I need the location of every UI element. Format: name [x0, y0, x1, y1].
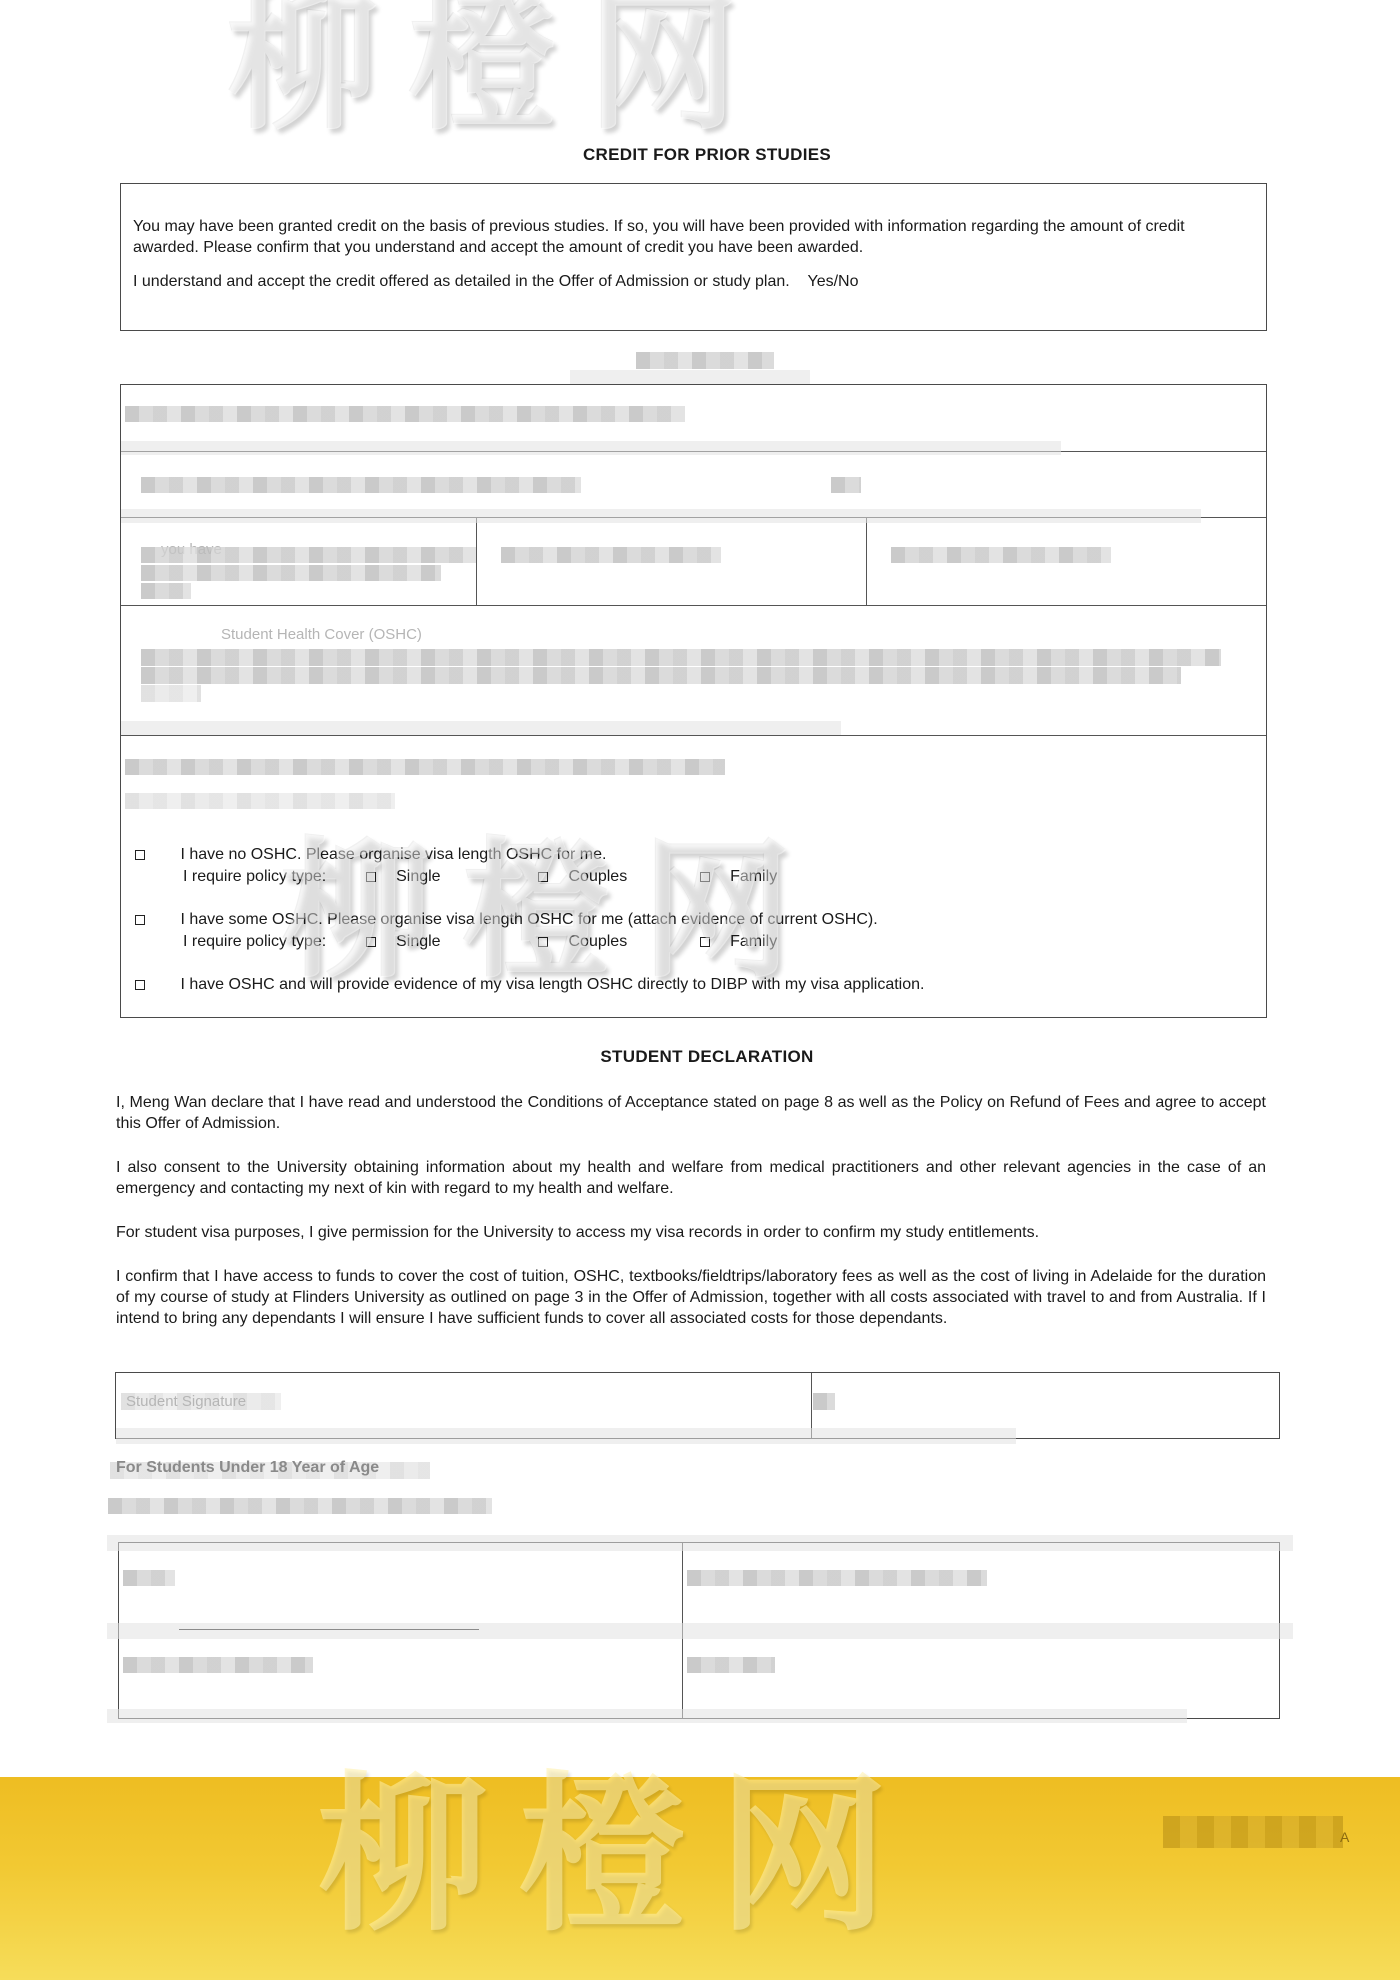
policy-label: I require policy type: — [183, 868, 326, 885]
under18-heading: For Students Under 18 Year of Age — [116, 1459, 379, 1477]
policy-row-1: I require policy type: Single Couples Fa… — [183, 867, 777, 887]
option-label: I have some OSHC. Please organise visa l… — [180, 911, 877, 928]
declaration-paragraph: I, Meng Wan declare that I have read and… — [116, 1092, 1266, 1134]
footer-redacted — [1163, 1816, 1343, 1848]
footer-band: A — [0, 1777, 1400, 1980]
redacted-field — [123, 1570, 175, 1586]
footer-suffix: A — [1340, 1829, 1349, 1845]
redacted-label: Student Health Cover (OSHC) — [221, 626, 422, 643]
checkbox-couples[interactable] — [538, 872, 548, 882]
redacted-line — [108, 1498, 492, 1514]
checkbox-family[interactable] — [700, 937, 710, 947]
redacted-paragraph — [141, 649, 1221, 666]
redacted-heading — [636, 352, 774, 369]
checkbox-have-oshc[interactable] — [135, 980, 145, 990]
policy-single: Single — [396, 933, 440, 950]
redacted-field — [125, 406, 685, 422]
credit-paragraph: You may have been granted credit on the … — [133, 216, 1253, 258]
policy-family: Family — [730, 933, 777, 950]
checkbox-couples[interactable] — [538, 937, 548, 947]
redacted-paragraph — [141, 667, 1181, 684]
redacted-field — [687, 1657, 775, 1673]
redacted-field — [125, 759, 725, 775]
checkbox-some-oshc[interactable] — [135, 915, 145, 925]
policy-couples: Couples — [568, 933, 627, 950]
oshc-option-2: I have some OSHC. Please organise visa l… — [135, 910, 878, 930]
oshc-option-1: I have no OSHC. Please organise visa len… — [135, 845, 606, 865]
credit-confirmation: I understand and accept the credit offer… — [133, 273, 790, 290]
checkbox-single[interactable] — [366, 937, 376, 947]
student-signature-label: Student Signature — [126, 1393, 246, 1410]
option-label: I have no OSHC. Please organise visa len… — [180, 846, 606, 863]
declaration-heading: STUDENT DECLARATION — [0, 1047, 1400, 1067]
watermark-top: 柳橙网 — [228, 0, 768, 158]
credit-heading: CREDIT FOR PRIOR STUDIES — [0, 145, 1400, 165]
credit-box: You may have been granted credit on the … — [120, 183, 1267, 331]
declaration-paragraph: I also consent to the University obtaini… — [116, 1157, 1266, 1199]
redacted-field — [687, 1570, 987, 1586]
credit-confirmation-row: I understand and accept the credit offer… — [133, 271, 858, 292]
policy-family: Family — [730, 868, 777, 885]
redacted-field — [141, 565, 441, 581]
policy-label: I require policy type: — [183, 933, 326, 950]
redacted-field — [891, 547, 1111, 563]
checkbox-single[interactable] — [366, 872, 376, 882]
option-label: I have OSHC and will provide evidence of… — [180, 976, 924, 993]
redacted-field — [501, 547, 721, 563]
checkbox-no-oshc[interactable] — [135, 850, 145, 860]
declaration-paragraph: I confirm that I have access to funds to… — [116, 1266, 1266, 1329]
oshc-option-3: I have OSHC and will provide evidence of… — [135, 975, 924, 995]
policy-couples: Couples — [568, 868, 627, 885]
redacted-field — [141, 583, 191, 599]
redacted-field — [831, 477, 861, 493]
checkbox-family[interactable] — [700, 872, 710, 882]
declaration-body: I, Meng Wan declare that I have read and… — [116, 1092, 1266, 1329]
policy-row-2: I require policy type: Single Couples Fa… — [183, 932, 777, 952]
credit-yes-no[interactable]: Yes/No — [807, 273, 858, 290]
oshc-table: you have Student Health Cover (OSHC) I h… — [120, 384, 1267, 1018]
guardian-table — [118, 1542, 1280, 1719]
redacted-field — [141, 477, 581, 493]
redacted-field — [141, 547, 476, 563]
signature-box: Student Signature — [115, 1372, 1280, 1439]
policy-single: Single — [396, 868, 440, 885]
redacted-field — [123, 1657, 313, 1673]
declaration-paragraph: For student visa purposes, I give permis… — [116, 1222, 1266, 1243]
